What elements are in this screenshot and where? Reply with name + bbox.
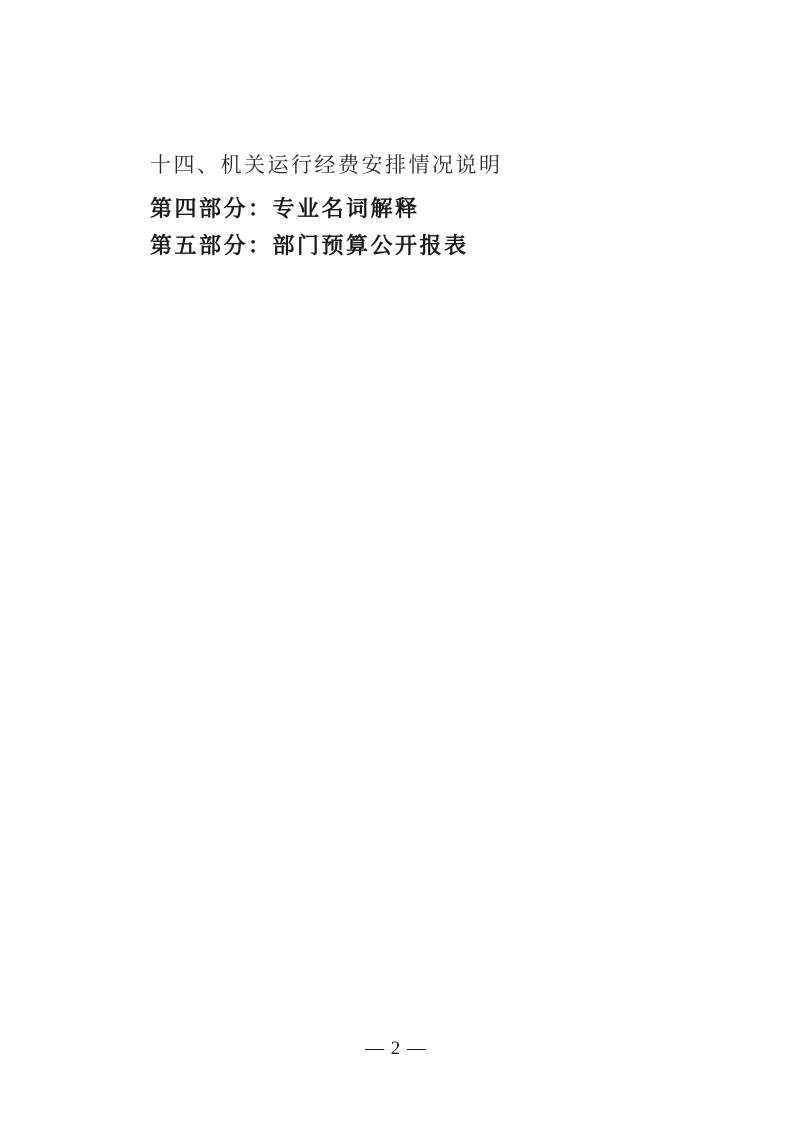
heading-part4-terminology: 第四部分：专业名词解释 xyxy=(150,192,420,223)
document-page: 十四、机关运行经费安排情况说明 第四部分：专业名词解释 第五部分：部门预算公开报… xyxy=(0,0,792,1121)
toc-entry-operating-expenses: 十四、机关运行经费安排情况说明 xyxy=(150,149,503,179)
page-number: — 2 — xyxy=(0,1038,792,1060)
heading-part5-budget-tables: 第五部分：部门预算公开报表 xyxy=(150,229,469,260)
